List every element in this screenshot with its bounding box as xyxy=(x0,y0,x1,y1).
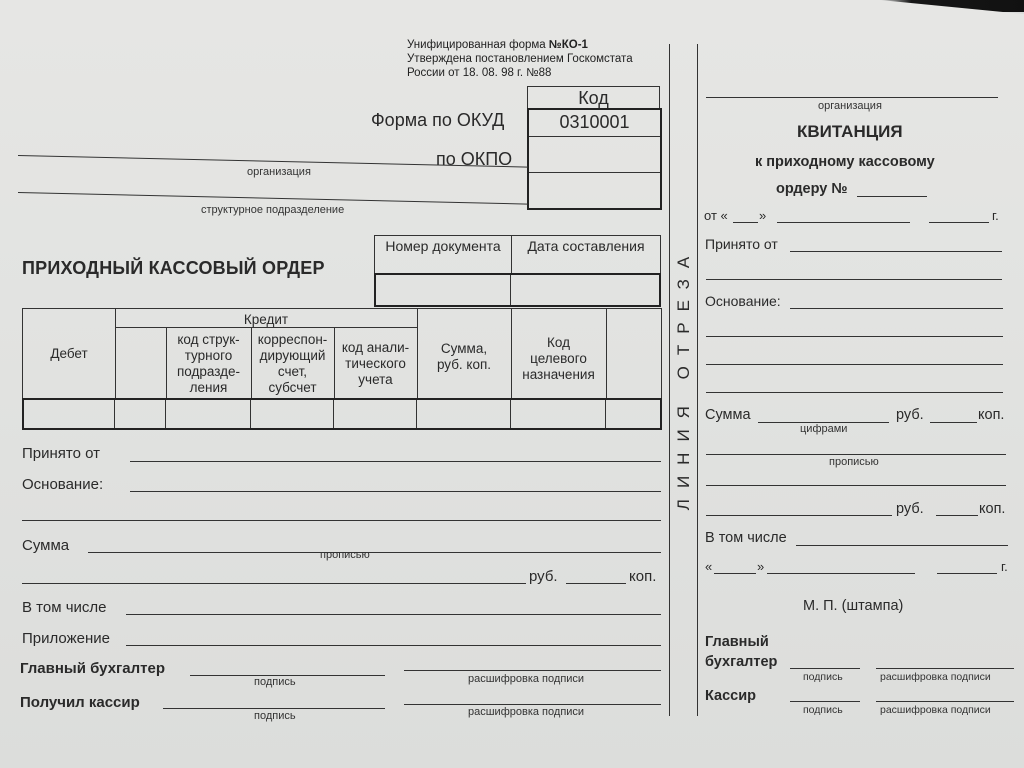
okpo-code-field[interactable] xyxy=(529,138,660,171)
receipt-date2-prefix: « xyxy=(705,559,712,574)
doc-table-header: Номер документа Дата составления xyxy=(374,235,661,274)
kop-field[interactable] xyxy=(566,583,626,584)
kop-label: коп. xyxy=(629,568,656,585)
cut-divider-right xyxy=(697,44,698,716)
receipt-basis-field-3[interactable] xyxy=(706,364,1003,365)
receipt-title: КВИТАНЦИЯ xyxy=(797,122,903,142)
subdivision-caption: структурное подразделение xyxy=(201,204,344,216)
extra-code-field[interactable] xyxy=(529,174,660,204)
sum-in-words-field[interactable] xyxy=(88,552,661,553)
receipt-chief-accountant-label-1: Главный xyxy=(705,634,769,650)
including-label: В том числе xyxy=(22,599,107,616)
receipt-including-field[interactable] xyxy=(796,545,1008,546)
doc-number-field[interactable] xyxy=(376,275,510,303)
receipt-basis-field-2[interactable] xyxy=(706,336,1003,337)
organization-caption: организация xyxy=(247,166,311,178)
form-code: №КО-1 xyxy=(549,39,588,51)
code-divider xyxy=(529,136,660,137)
entry-table-row xyxy=(22,398,662,430)
receipt-organization-field[interactable] xyxy=(706,97,998,98)
signature-caption: подпись xyxy=(254,710,296,722)
receipt-date2-mid: » xyxy=(757,559,764,574)
sum-in-words-field-line-2[interactable] xyxy=(22,583,526,584)
receipt-subtitle: к приходному кассовому xyxy=(755,154,935,170)
receipt-day2-field[interactable] xyxy=(714,573,756,574)
accounting-entry-table: Дебет Кредит код струк- турного подразде… xyxy=(22,308,662,432)
receipt-rub-label: руб. xyxy=(896,407,924,423)
sum-field[interactable] xyxy=(417,400,510,426)
received-from-field[interactable] xyxy=(130,461,661,462)
receipt-sum-words-field[interactable] xyxy=(706,454,1006,455)
receipt-received-from-field-2[interactable] xyxy=(706,279,1002,280)
credit-account-header: корреспон- дирующий счет, субсчет xyxy=(251,332,334,396)
decode-caption: расшифровка подписи xyxy=(468,673,584,685)
basis-field-line-2[interactable] xyxy=(22,520,661,521)
rub-label: руб. xyxy=(529,568,558,585)
receipt-signature-caption: подпись xyxy=(803,671,843,683)
debit-header: Дебет xyxy=(23,346,115,362)
receipt-month2-field[interactable] xyxy=(767,573,915,574)
digits-caption: цифрами xyxy=(800,423,847,435)
attachment-label: Приложение xyxy=(22,630,110,647)
receipt-year2-field[interactable] xyxy=(937,573,997,574)
cut-line-label: ЛИНИЯ ОТРЕЗА xyxy=(672,218,696,538)
credit-subdivision-field[interactable] xyxy=(166,400,250,426)
receipt-in-words-caption: прописью xyxy=(829,456,879,468)
credit-subdivision-code-header: код струк- турного подразде- ления xyxy=(166,332,251,396)
purpose-code-header: Код целевого назначения xyxy=(511,335,606,383)
credit-analytics-field[interactable] xyxy=(334,400,416,426)
debit-field[interactable] xyxy=(24,400,115,426)
document-number-table: Номер документа Дата составления xyxy=(374,235,661,307)
receipt-year-field[interactable] xyxy=(929,222,989,223)
okud-label: Форма по ОКУД xyxy=(371,110,504,131)
column-divider xyxy=(510,275,511,305)
receipt-cashier-signature-field[interactable] xyxy=(790,701,860,702)
basis-label: Основание: xyxy=(22,476,103,493)
credit-field-1[interactable] xyxy=(115,400,166,426)
receipt-basis-label: Основание: xyxy=(705,293,781,309)
credit-account-field[interactable] xyxy=(251,400,333,426)
okud-code-field[interactable]: 0310001 xyxy=(529,112,660,133)
cashier-label: Получил кассир xyxy=(20,694,140,711)
receipt-signature-caption: подпись xyxy=(803,704,843,716)
receipt-received-from-label: Принято от xyxy=(705,236,778,252)
cashier-signature-field[interactable] xyxy=(163,708,385,709)
receipt-including-label: В том числе xyxy=(705,530,787,546)
receipt-chief-signature-field[interactable] xyxy=(790,668,860,669)
receipt-chief-decode-field[interactable] xyxy=(876,668,1014,669)
receipt-sum-label: Сумма xyxy=(705,407,751,423)
stamp-line-1: Унифицированная форма xyxy=(407,39,549,51)
receipt-month-field[interactable] xyxy=(777,222,910,223)
credit-header: Кредит xyxy=(115,312,417,328)
receipt-decode-caption: расшифровка подписи xyxy=(880,671,991,683)
receipt-cashier-label: Кассир xyxy=(705,688,756,704)
entry-table-header: Дебет Кредит код струк- турного подразде… xyxy=(22,308,662,399)
form-stamp: Унифицированная форма №КО-1 Утверждена п… xyxy=(407,38,633,80)
basis-field[interactable] xyxy=(130,491,661,492)
including-field[interactable] xyxy=(126,614,661,615)
doc-date-field[interactable] xyxy=(512,275,658,303)
receipt-received-from-field[interactable] xyxy=(790,251,1002,252)
receipt-kop-field-2[interactable] xyxy=(936,515,978,516)
receipt-order-no-label: ордеру № xyxy=(776,181,848,197)
receipt-organization-caption: организация xyxy=(818,100,882,112)
receipt-date-prefix: от « xyxy=(704,208,728,223)
receipt-cashier-decode-field[interactable] xyxy=(876,701,1014,702)
receipt-chief-accountant-label-2: бухгалтер xyxy=(705,654,777,670)
code-grid: 0310001 xyxy=(527,108,662,210)
code-divider xyxy=(529,172,660,173)
receipt-decode-caption: расшифровка подписи xyxy=(880,704,991,716)
doc-table-body xyxy=(374,273,661,307)
receipt-day-field[interactable] xyxy=(733,222,758,223)
code-header: Код xyxy=(527,86,660,109)
doc-number-header: Номер документа xyxy=(375,238,511,254)
cut-line-text: ЛИНИЯ ОТРЕЗА xyxy=(674,246,694,510)
doc-date-header: Дата составления xyxy=(512,238,660,254)
received-from-label: Принято от xyxy=(22,445,100,462)
sum-label: Сумма xyxy=(22,537,69,554)
last-field[interactable] xyxy=(606,400,660,426)
stamp-place-label: М. П. (штампа) xyxy=(803,598,903,614)
in-words-caption: прописью xyxy=(320,549,370,561)
stamp-line-2: Утверждена постановлением Госкомстата xyxy=(407,52,633,66)
receipt-year-suffix: г. xyxy=(992,208,999,223)
chief-accountant-label: Главный бухгалтер xyxy=(20,660,165,677)
cashier-decode-field[interactable] xyxy=(404,704,661,705)
cut-divider-left xyxy=(669,44,670,716)
receipt-year2-suffix: г. xyxy=(1001,559,1008,574)
stamp-line-3: России от 18. 08. 98 г. №88 xyxy=(407,66,633,80)
attachment-field[interactable] xyxy=(126,645,661,646)
credit-analytics-code-header: код анали- тического учета xyxy=(334,340,417,388)
chief-accountant-decode-field[interactable] xyxy=(404,670,661,671)
column-divider xyxy=(606,309,607,399)
receipt-sum-words-field-3[interactable] xyxy=(706,515,892,516)
receipt-basis-field[interactable] xyxy=(790,308,1003,309)
order-title: ПРИХОДНЫЙ КАССОВЫЙ ОРДЕР xyxy=(22,258,325,279)
receipt-kop-field[interactable] xyxy=(930,422,977,423)
sum-header: Сумма, руб. коп. xyxy=(417,341,511,373)
receipt-kop-label: коп. xyxy=(978,407,1004,423)
decode-caption: расшифровка подписи xyxy=(468,706,584,718)
receipt-rub-label-2: руб. xyxy=(896,501,924,517)
signature-caption: подпись xyxy=(254,676,296,688)
receipt-kop-label-2: коп. xyxy=(979,501,1005,517)
receipt-sum-words-field-2[interactable] xyxy=(706,485,1006,486)
receipt-order-no-field[interactable] xyxy=(857,196,927,197)
receipt-basis-field-4[interactable] xyxy=(706,392,1003,393)
receipt-date-mid: » xyxy=(759,208,766,223)
purpose-code-field[interactable] xyxy=(511,400,605,426)
